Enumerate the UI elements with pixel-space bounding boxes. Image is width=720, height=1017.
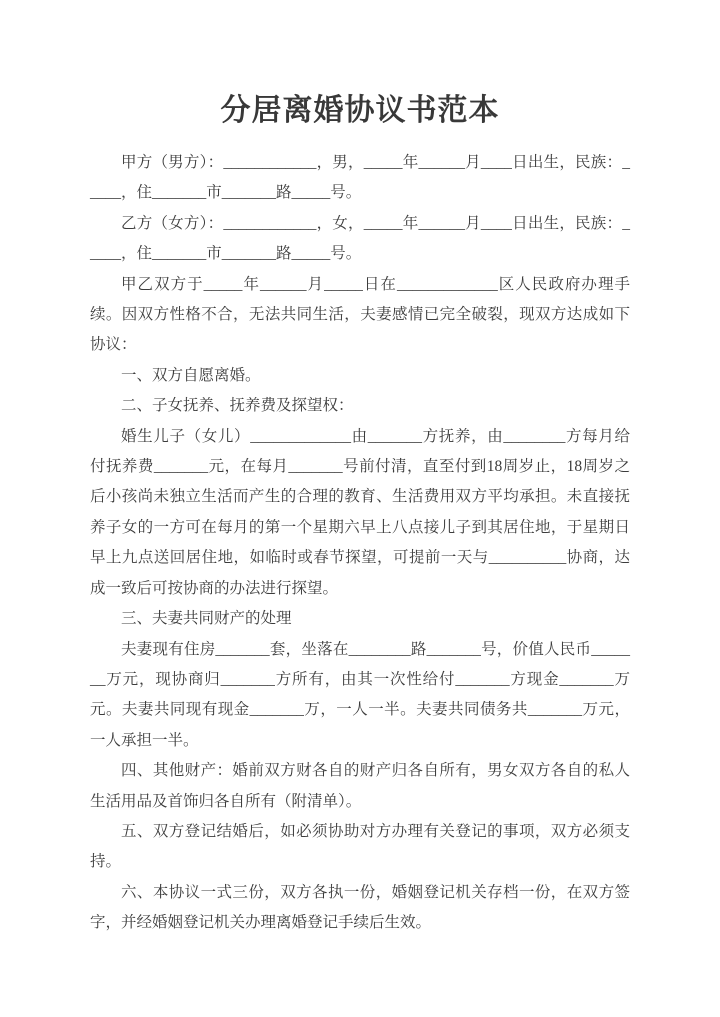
clause-4-other-property: 四、其他财产：婚前双方财各自的财产归各自所有，男女双方各自的私人生活用品及首饰归… xyxy=(90,756,630,817)
document-title: 分居离婚协议书范本 xyxy=(90,90,630,132)
clause-1-voluntary-divorce: 一、双方自愿离婚。 xyxy=(90,361,630,391)
paragraph-preamble: 甲乙双方于_____年______月_____日在_____________区人… xyxy=(90,270,630,361)
clause-3-heading-joint-property: 三、夫妻共同财产的处理 xyxy=(90,604,630,634)
paragraph-party-a: 甲方（男方）：____________，男，_____年______月____日… xyxy=(90,148,630,209)
clause-2-heading-child-custody: 二、子女抚养、抚养费及探望权： xyxy=(90,391,630,421)
clause-3-joint-property-terms: 夫妻现有住房_______套，坐落在________路_______号，价值人民… xyxy=(90,635,630,757)
clause-5-registration-assistance: 五、双方登记结婚后，如必须协助对方办理有关登记的事项，双方必须支持。 xyxy=(90,817,630,878)
document-page: 分居离婚协议书范本 甲方（男方）：____________，男，_____年__… xyxy=(0,0,720,1017)
clause-6-copies-and-effectiveness: 六、本协议一式三份，双方各执一份，婚姻登记机关存档一份，在双方签字，并经婚姻登记… xyxy=(90,878,630,939)
paragraph-party-b: 乙方（女方）：____________，女，_____年______月____日… xyxy=(90,209,630,270)
clause-2-child-custody-terms: 婚生儿子（女儿）_____________由_______方抚养，由______… xyxy=(90,422,630,604)
